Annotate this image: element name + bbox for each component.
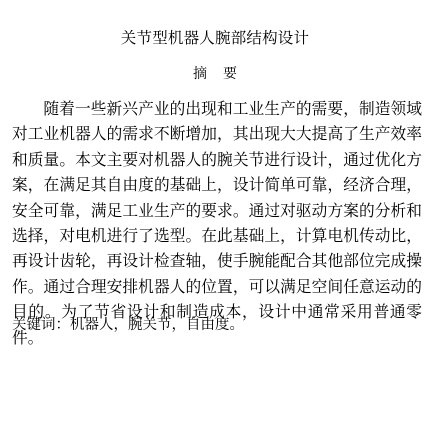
abstract-heading-char-2: 要 (223, 65, 237, 83)
abstract-paragraph: 随着一些新兴产业的出现和工业生产的需要，制造领域对工业机器人的需求不断增加，其出… (12, 96, 422, 350)
keywords-values: 机器人，腕关节，自由度。 (70, 317, 244, 333)
keywords-label: 关键词： (12, 317, 70, 333)
abstract-heading: 摘要 (0, 65, 430, 83)
keywords-line: 关键词：机器人，腕关节，自由度。 (12, 316, 422, 334)
document-title: 关节型机器人腕部结构设计 (0, 29, 430, 47)
document-page: 关节型机器人腕部结构设计 摘要 随着一些新兴产业的出现和工业生产的需要，制造领域… (0, 0, 430, 441)
abstract-heading-char-1: 摘 (193, 65, 207, 83)
